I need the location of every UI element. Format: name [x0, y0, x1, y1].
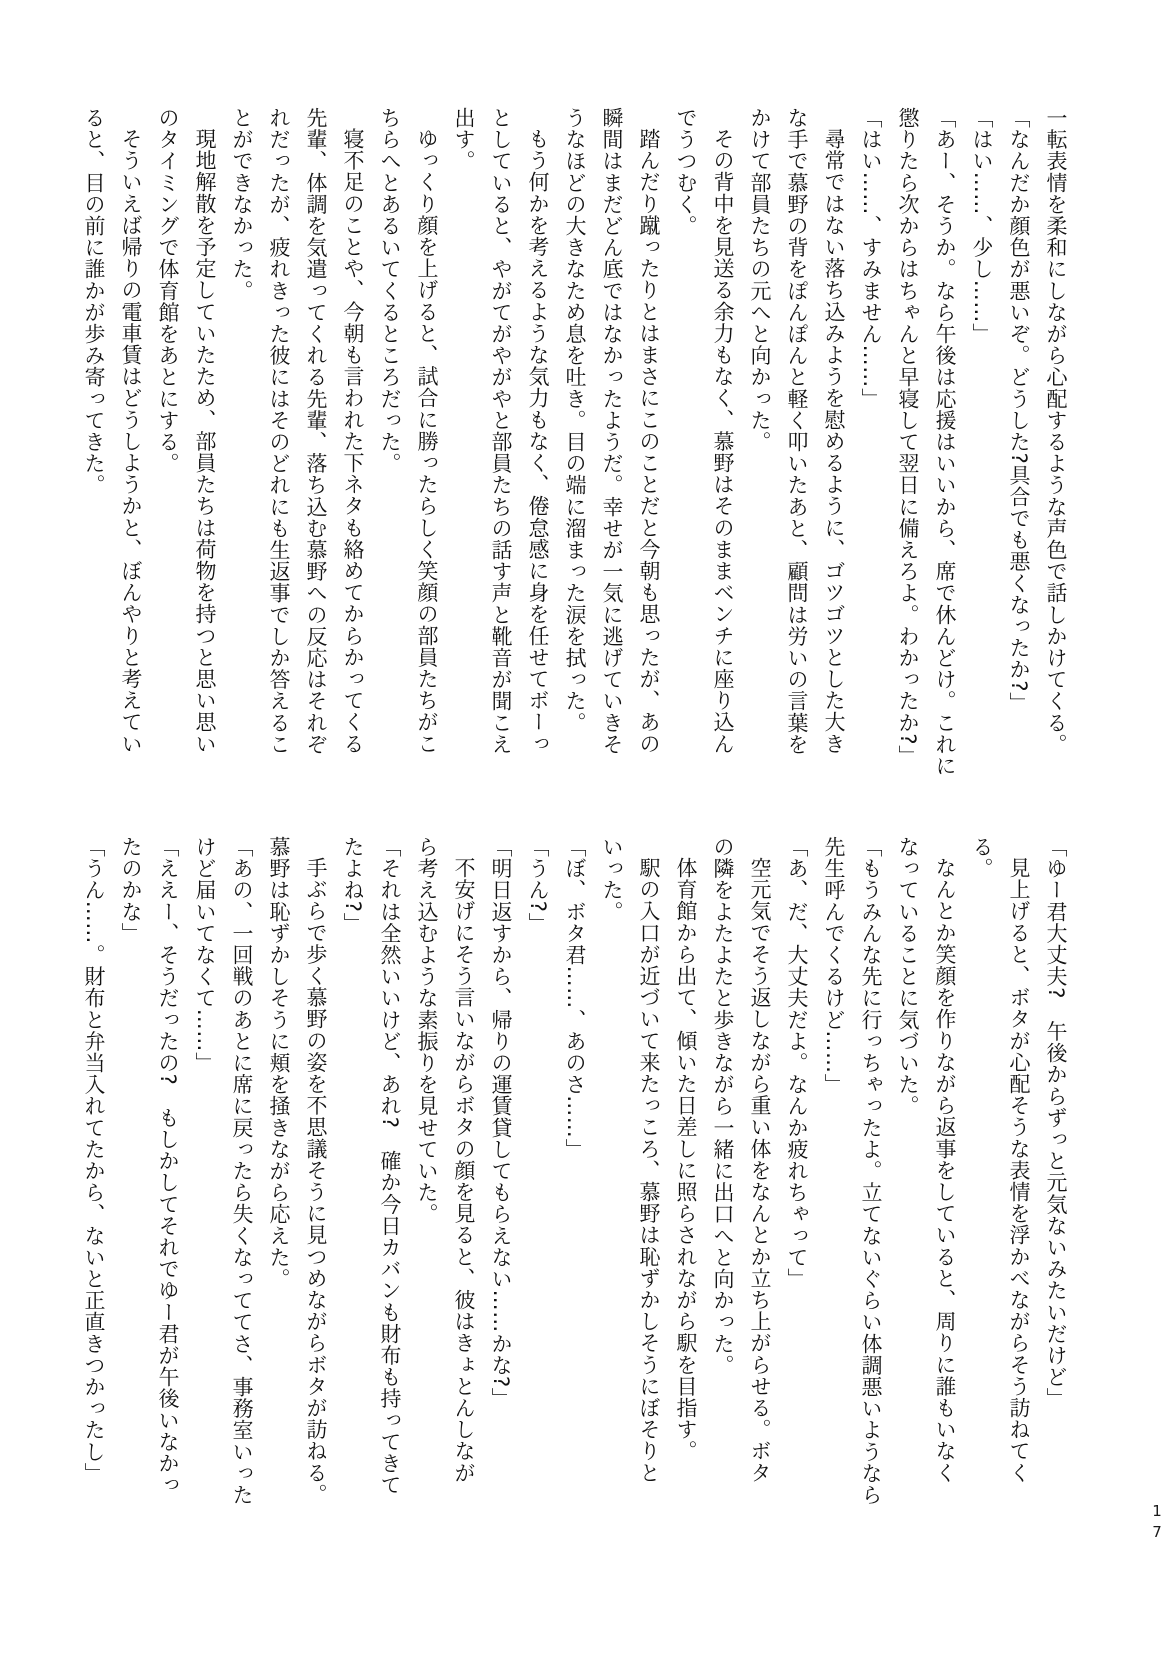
text-column: 駅の入口が近づいて来たっころ、慕野は恥ずかしそうにぼそりと: [630, 836, 667, 1536]
text-block-lower: 「ゆー君大丈夫? 午後からずっと元気ないみたいだけど」見上げると、ボタが心配そう…: [75, 836, 1074, 1536]
text-column: ちらへとあるいてくるところだった。: [371, 107, 408, 807]
text-column: の隣をよたよたと歩きながら一緒に出口へと向かった。: [704, 836, 741, 1536]
text-column: ら考え込むような素振りを見せていた。: [408, 836, 445, 1536]
text-column: 見上げると、ボタが心配そうな表情を浮かべながらそう訪ねてく: [1000, 836, 1037, 1536]
text-column: 慕野は恥ずかしそうに頬を掻きながら応えた。: [260, 836, 297, 1536]
text-column: いった。: [593, 836, 630, 1536]
text-column: 空元気でそう返しながら重い体をなんとか立ち上がらせる。ボタ: [741, 836, 778, 1536]
text-column: うなほどの大きなため息を吐き。目の端に溜まった涙を拭った。: [556, 107, 593, 807]
text-column: 体育館から出て、傾いた日差しに照らされながら駅を目指す。: [667, 836, 704, 1536]
text-column: 「なんだか顔色が悪いぞ。どうした?具合でも悪くなったか?」: [1000, 107, 1037, 807]
text-column: けど届いてなくて……」: [186, 836, 223, 1536]
text-column: 「あの、一回戦のあとに席に戻ったら失くなっててさ、事務室いった: [223, 836, 260, 1536]
text-column: 「あー、そうか。なら午後は応援はいいから、席で休んどけ。これに: [926, 107, 963, 807]
text-column: ると、目の前に誰かが歩み寄ってきた。: [75, 107, 112, 807]
text-column: 「うん?」: [519, 836, 556, 1536]
text-block-upper: 一転表情を柔和にしながら心配するような声色で話しかけてくる。「なんだか顔色が悪い…: [75, 107, 1074, 807]
text-column: のタイミングで体育館をあとにする。: [149, 107, 186, 807]
text-column: 「あ、だ、大丈夫だよ。なんか疲れちゃって」: [778, 836, 815, 1536]
text-column: なんとか笑顔を作りながら返事をしていると、周りに誰もいなく: [926, 836, 963, 1536]
text-column: 一転表情を柔和にしながら心配するような声色で話しかけてくる。: [1037, 107, 1074, 807]
text-column: 手ぶらで歩く慕野の姿を不思議そうに見つめながらボタが訪ねる。: [297, 836, 334, 1536]
text-column: 「はい……、すみません……」: [852, 107, 889, 807]
novel-page: 一転表情を柔和にしながら心配するような声色で話しかけてくる。「なんだか顔色が悪い…: [0, 0, 1166, 1654]
text-column: 踏んだり蹴ったりとはまさにこのことだと今朝も思ったが、あの: [630, 107, 667, 807]
text-column: かけて部員たちの元へと向かった。: [741, 107, 778, 807]
text-column: たよね?」: [334, 836, 371, 1536]
page-number: 17: [1149, 1502, 1164, 1544]
text-column: な手で慕野の背をぽんぽんと軽く叩いたあと、顧問は労いの言葉を: [778, 107, 815, 807]
text-column: 「ぼ、ボタ君……、あのさ……」: [556, 836, 593, 1536]
text-column: としていると、やがてがやがやと部員たちの話す声と靴音が聞こえ: [482, 107, 519, 807]
text-column: 「それは全然いいけど、あれ? 確か今日カバンも財布も持ってきて: [371, 836, 408, 1536]
text-column: たのかな」: [112, 836, 149, 1536]
text-column: とができなかった。: [223, 107, 260, 807]
text-column: れだったが、疲れきった彼にはそのどれにも生返事でしか答えるこ: [260, 107, 297, 807]
text-column: なっていることに気づいた。: [889, 836, 926, 1536]
text-column: 「もうみんな先に行っちゃったよ。立てないぐらい体調悪いようなら: [852, 836, 889, 1536]
text-column: る。: [963, 836, 1000, 1536]
text-column: 先生呼んでくるけど……」: [815, 836, 852, 1536]
text-column: 不安げにそう言いながらボタの顔を見ると、彼はきょとんしなが: [445, 836, 482, 1536]
text-column: 出す。: [445, 107, 482, 807]
text-column: 先輩、体調を気遣ってくれる先輩、落ち込む慕野への反応はそれぞ: [297, 107, 334, 807]
text-column: 「明日返すから、帰りの運賃貸してもらえない……かな?」: [482, 836, 519, 1536]
text-column: そういえば帰りの電車賃はどうしようかと、ぼんやりと考えてい: [112, 107, 149, 807]
text-column: その背中を見送る余力もなく、慕野はそのままベンチに座り込ん: [704, 107, 741, 807]
text-column: 「うん……。財布と弁当入れてたから、ないと正直きつかったし」: [75, 836, 112, 1536]
text-column: 「ええー、そうだったの? もしかしてそれでゆー君が午後いなかっ: [149, 836, 186, 1536]
text-column: でうつむく。: [667, 107, 704, 807]
text-column: 瞬間はまだどん底ではなかったようだ。幸せが一気に逃げていきそ: [593, 107, 630, 807]
text-column: 寝不足のことや、今朝も言われた下ネタも絡めてからかってくる: [334, 107, 371, 807]
text-column: 尋常ではない落ち込みようを慰めるように、ゴツゴツとした大き: [815, 107, 852, 807]
text-column: もう何かを考えるような気力もなく、倦怠感に身を任せてボーっ: [519, 107, 556, 807]
text-column: 現地解散を予定していたため、部員たちは荷物を持つと思い思い: [186, 107, 223, 807]
text-column: 懲りたら次からはちゃんと早寝して翌日に備えろよ。わかったか?」: [889, 107, 926, 807]
text-column: 「ゆー君大丈夫? 午後からずっと元気ないみたいだけど」: [1037, 836, 1074, 1536]
text-column: ゆっくり顔を上げると、試合に勝ったらしく笑顔の部員たちがこ: [408, 107, 445, 807]
text-column: 「はい……、少し……」: [963, 107, 1000, 807]
